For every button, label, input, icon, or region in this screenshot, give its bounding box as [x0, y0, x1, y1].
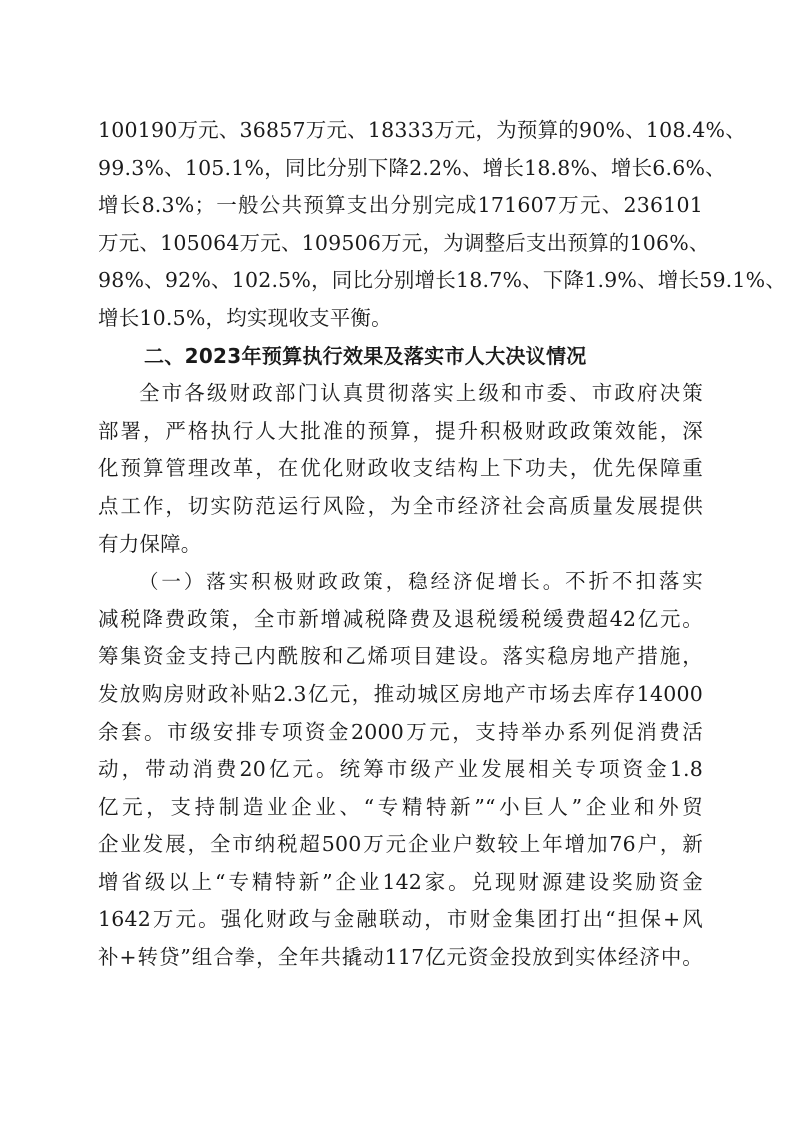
text-line: 增长8.3%；一般公共预算支出分别完成171607万元、236101 — [98, 187, 703, 225]
text-line: 余套。市级安排专项资金2000万元，支持举办系列促消费活 — [98, 714, 703, 752]
text-line: 有力保障。 — [98, 526, 703, 564]
text-line: 增省级以上“专精特新”企业142家。兑现财源建设奖励资金 — [98, 864, 703, 902]
document-page: 100190万元、36857万元、18333万元，为预算的90%、108.4%、… — [98, 112, 703, 977]
intro-paragraph: 全市各级财政部门认真贯彻落实上级和市委、市政府决策 部署，严格执行人大批准的预算… — [98, 375, 703, 563]
text-line: 动，带动消费20亿元。统筹市级产业发展相关专项资金1.8 — [98, 751, 703, 789]
text-line: 万元、105064万元、109506万元，为调整后支出预算的106%、 — [98, 225, 703, 263]
subsection-title: （一）落实积极财政政策，稳经济促增长。 — [139, 570, 565, 593]
subsection-first-line-text: 不折不扣落实 — [565, 569, 703, 593]
text-line: 1642万元。强化财政与金融联动，市财金集团打出“担保+风 — [98, 901, 703, 939]
text-line: 点工作，切实防范运行风险，为全市经济社会高质量发展提供 — [98, 488, 703, 526]
text-line: 全市各级财政部门认真贯彻落实上级和市委、市政府决策 — [98, 375, 703, 413]
text-line: 部署，严格执行人大批准的预算，提升积极财政政策效能，深 — [98, 413, 703, 451]
subsection-1-paragraph: （一）落实积极财政政策，稳经济促增长。不折不扣落实 减税降费政策，全市新增减税降… — [98, 563, 703, 977]
text-line: 99.3%、105.1%，同比分别下降2.2%、增长18.8%、增长6.6%、 — [98, 150, 703, 188]
text-line: 增长10.5%，均实现收支平衡。 — [98, 300, 703, 338]
text-line: 亿元，支持制造业企业、“专精特新”“小巨人”企业和外贸 — [98, 789, 703, 827]
text-line: 100190万元、36857万元、18333万元，为预算的90%、108.4%、 — [98, 112, 703, 150]
text-line: 98%、92%、102.5%，同比分别增长18.7%、下降1.9%、增长59.1… — [98, 262, 703, 300]
section-heading: 二、2023年预算执行效果及落实市人大决议情况 — [98, 338, 703, 376]
text-line: （一）落实积极财政政策，稳经济促增长。不折不扣落实 — [98, 563, 703, 601]
text-line: 筹集资金支持己内酰胺和乙烯项目建设。落实稳房地产措施， — [98, 638, 703, 676]
text-line: 减税降费政策，全市新增减税降费及退税缓税缓费超42亿元。 — [98, 601, 703, 639]
paragraph-continuation: 100190万元、36857万元、18333万元，为预算的90%、108.4%、… — [98, 112, 703, 338]
text-line: 化预算管理改革，在优化财政收支结构上下功夫，优先保障重 — [98, 450, 703, 488]
text-line: 企业发展，全市纳税超500万元企业户数较上年增加76户，新 — [98, 826, 703, 864]
text-line: 补+转贷”组合拳，全年共撬动117亿元资金投放到实体经济中。 — [98, 939, 703, 977]
text-line: 发放购房财政补贴2.3亿元，推动城区房地产市场去库存14000 — [98, 676, 703, 714]
